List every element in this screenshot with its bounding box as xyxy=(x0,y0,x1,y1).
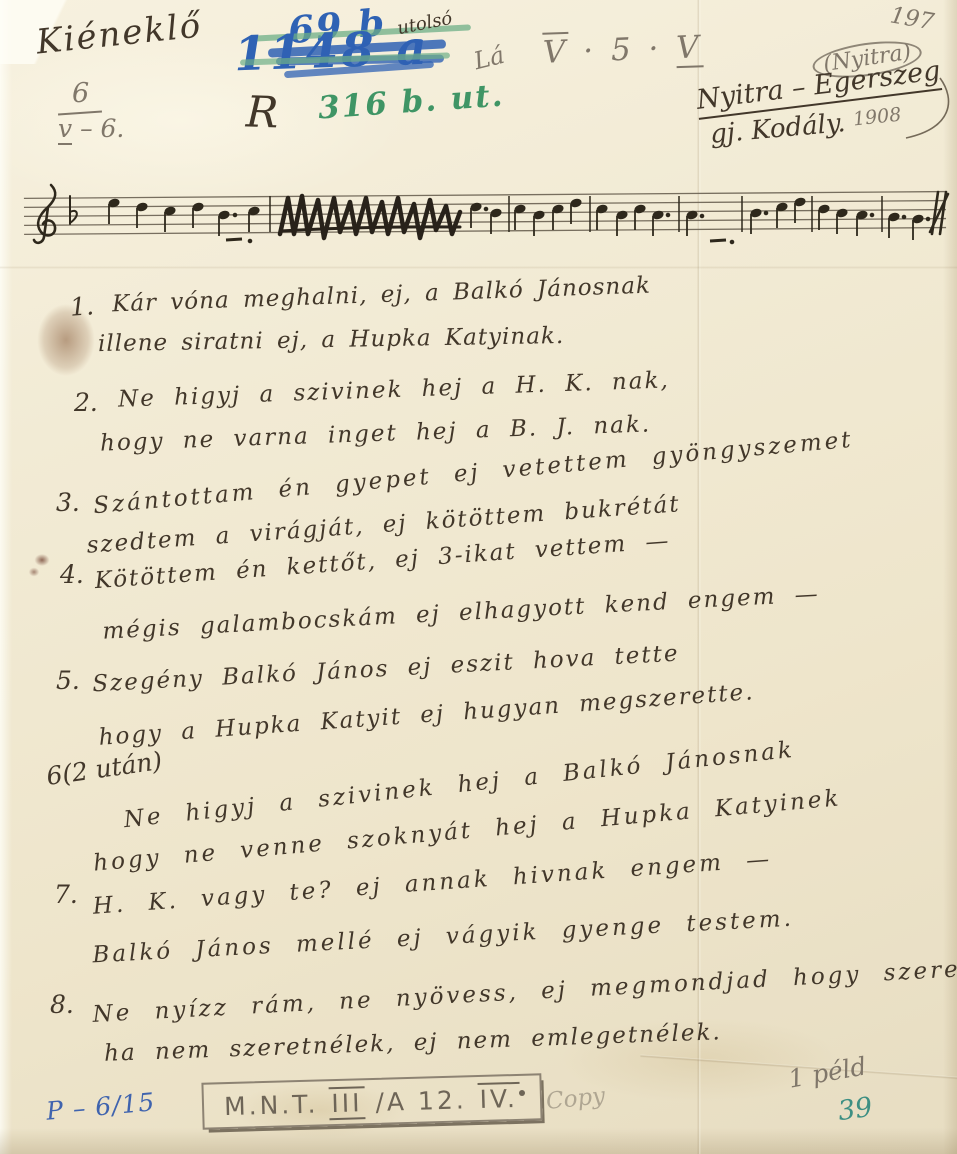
verse-4-number: 4. xyxy=(60,560,84,589)
copy-note: Copy xyxy=(545,1083,607,1115)
index-rest: – 6. xyxy=(80,114,124,143)
music-staff xyxy=(18,182,950,252)
form-roman-1: V xyxy=(542,32,570,71)
form-roman-2: V xyxy=(676,29,704,68)
index-number-bottom: v – 6. xyxy=(58,114,124,143)
bottom-edge-shading xyxy=(0,1128,957,1154)
stamp-roman-2: IV. xyxy=(477,1082,520,1114)
verse-1-number: 1. xyxy=(69,291,95,322)
verse-8-line-1: Ne nyízz rám, ne nyövess, ej megmondjad … xyxy=(92,954,957,1028)
stamp-prefix: M.N.T. xyxy=(224,1089,319,1121)
verse-6-number: 6(2 után) xyxy=(45,746,164,791)
verse-8-number: 8. xyxy=(50,990,74,1019)
verse-1-line-1: Kár vóna meghalni, ej, a Balkó Jánosnak xyxy=(112,273,652,318)
stamp-box: M.N.T. III /A 12. IV. xyxy=(201,1073,542,1129)
verse-8-line-2: ha nem szeretnélek, ej nem emlegetnélek. xyxy=(104,1019,722,1067)
manuscript-page: Kiéneklő 6 v – 6. 69 b utolsó 1148 a R 3… xyxy=(0,0,957,1154)
index-v: v xyxy=(58,114,72,145)
stamp-roman-1: III xyxy=(329,1086,365,1120)
verse-3-number: 3. xyxy=(56,488,80,517)
flat-sign-glyph xyxy=(70,196,77,224)
page-number: 197 xyxy=(888,2,936,35)
verse-5-line-1: Szegény Balkó János ej eszit hova tette xyxy=(92,641,680,698)
verse-2-line-2: hogy ne varna inget hej a B. J. nak. xyxy=(100,411,652,456)
letter-r-mark: R xyxy=(245,87,279,138)
verse-5-number: 5. xyxy=(56,666,80,695)
verse-4-line-2: mégis galambocskám ej elhagyott kend eng… xyxy=(102,581,821,645)
horizontal-fold-crease xyxy=(0,266,957,269)
shelfmark: P – 6/15 xyxy=(45,1087,156,1125)
index-number-top: 6 xyxy=(72,78,89,109)
verse-7-number: 7. xyxy=(54,880,78,909)
verse-2-number: 2. xyxy=(74,388,98,417)
verse-6-header: (2 után) xyxy=(60,746,164,789)
left-edge-highlight xyxy=(0,0,12,1154)
form-structure: V · 5 · V xyxy=(542,29,703,71)
form-middle: · 5 · xyxy=(583,31,663,70)
verse-1-line-2: illene siratni ej, a Hupka Katyinak. xyxy=(98,323,565,357)
pencil-dot xyxy=(519,1090,525,1096)
flourish-curve xyxy=(900,76,956,146)
stamp-middle: /A 12. xyxy=(375,1085,467,1117)
copies-count: 1 péld xyxy=(786,1051,868,1093)
verse-7-line-2: Balkó János mellé ej vágyik gyenge teste… xyxy=(92,906,795,969)
verse-2-line-1: Ne higyj a szivinek hej a H. K. nak, xyxy=(118,367,670,412)
new-catalog-number: 316 b. ut. xyxy=(317,78,505,127)
note-group-1 xyxy=(108,196,270,243)
la-mark: Lá xyxy=(471,41,507,75)
collection-year: 1908 xyxy=(852,104,902,131)
number-39: 39 xyxy=(836,1092,874,1127)
